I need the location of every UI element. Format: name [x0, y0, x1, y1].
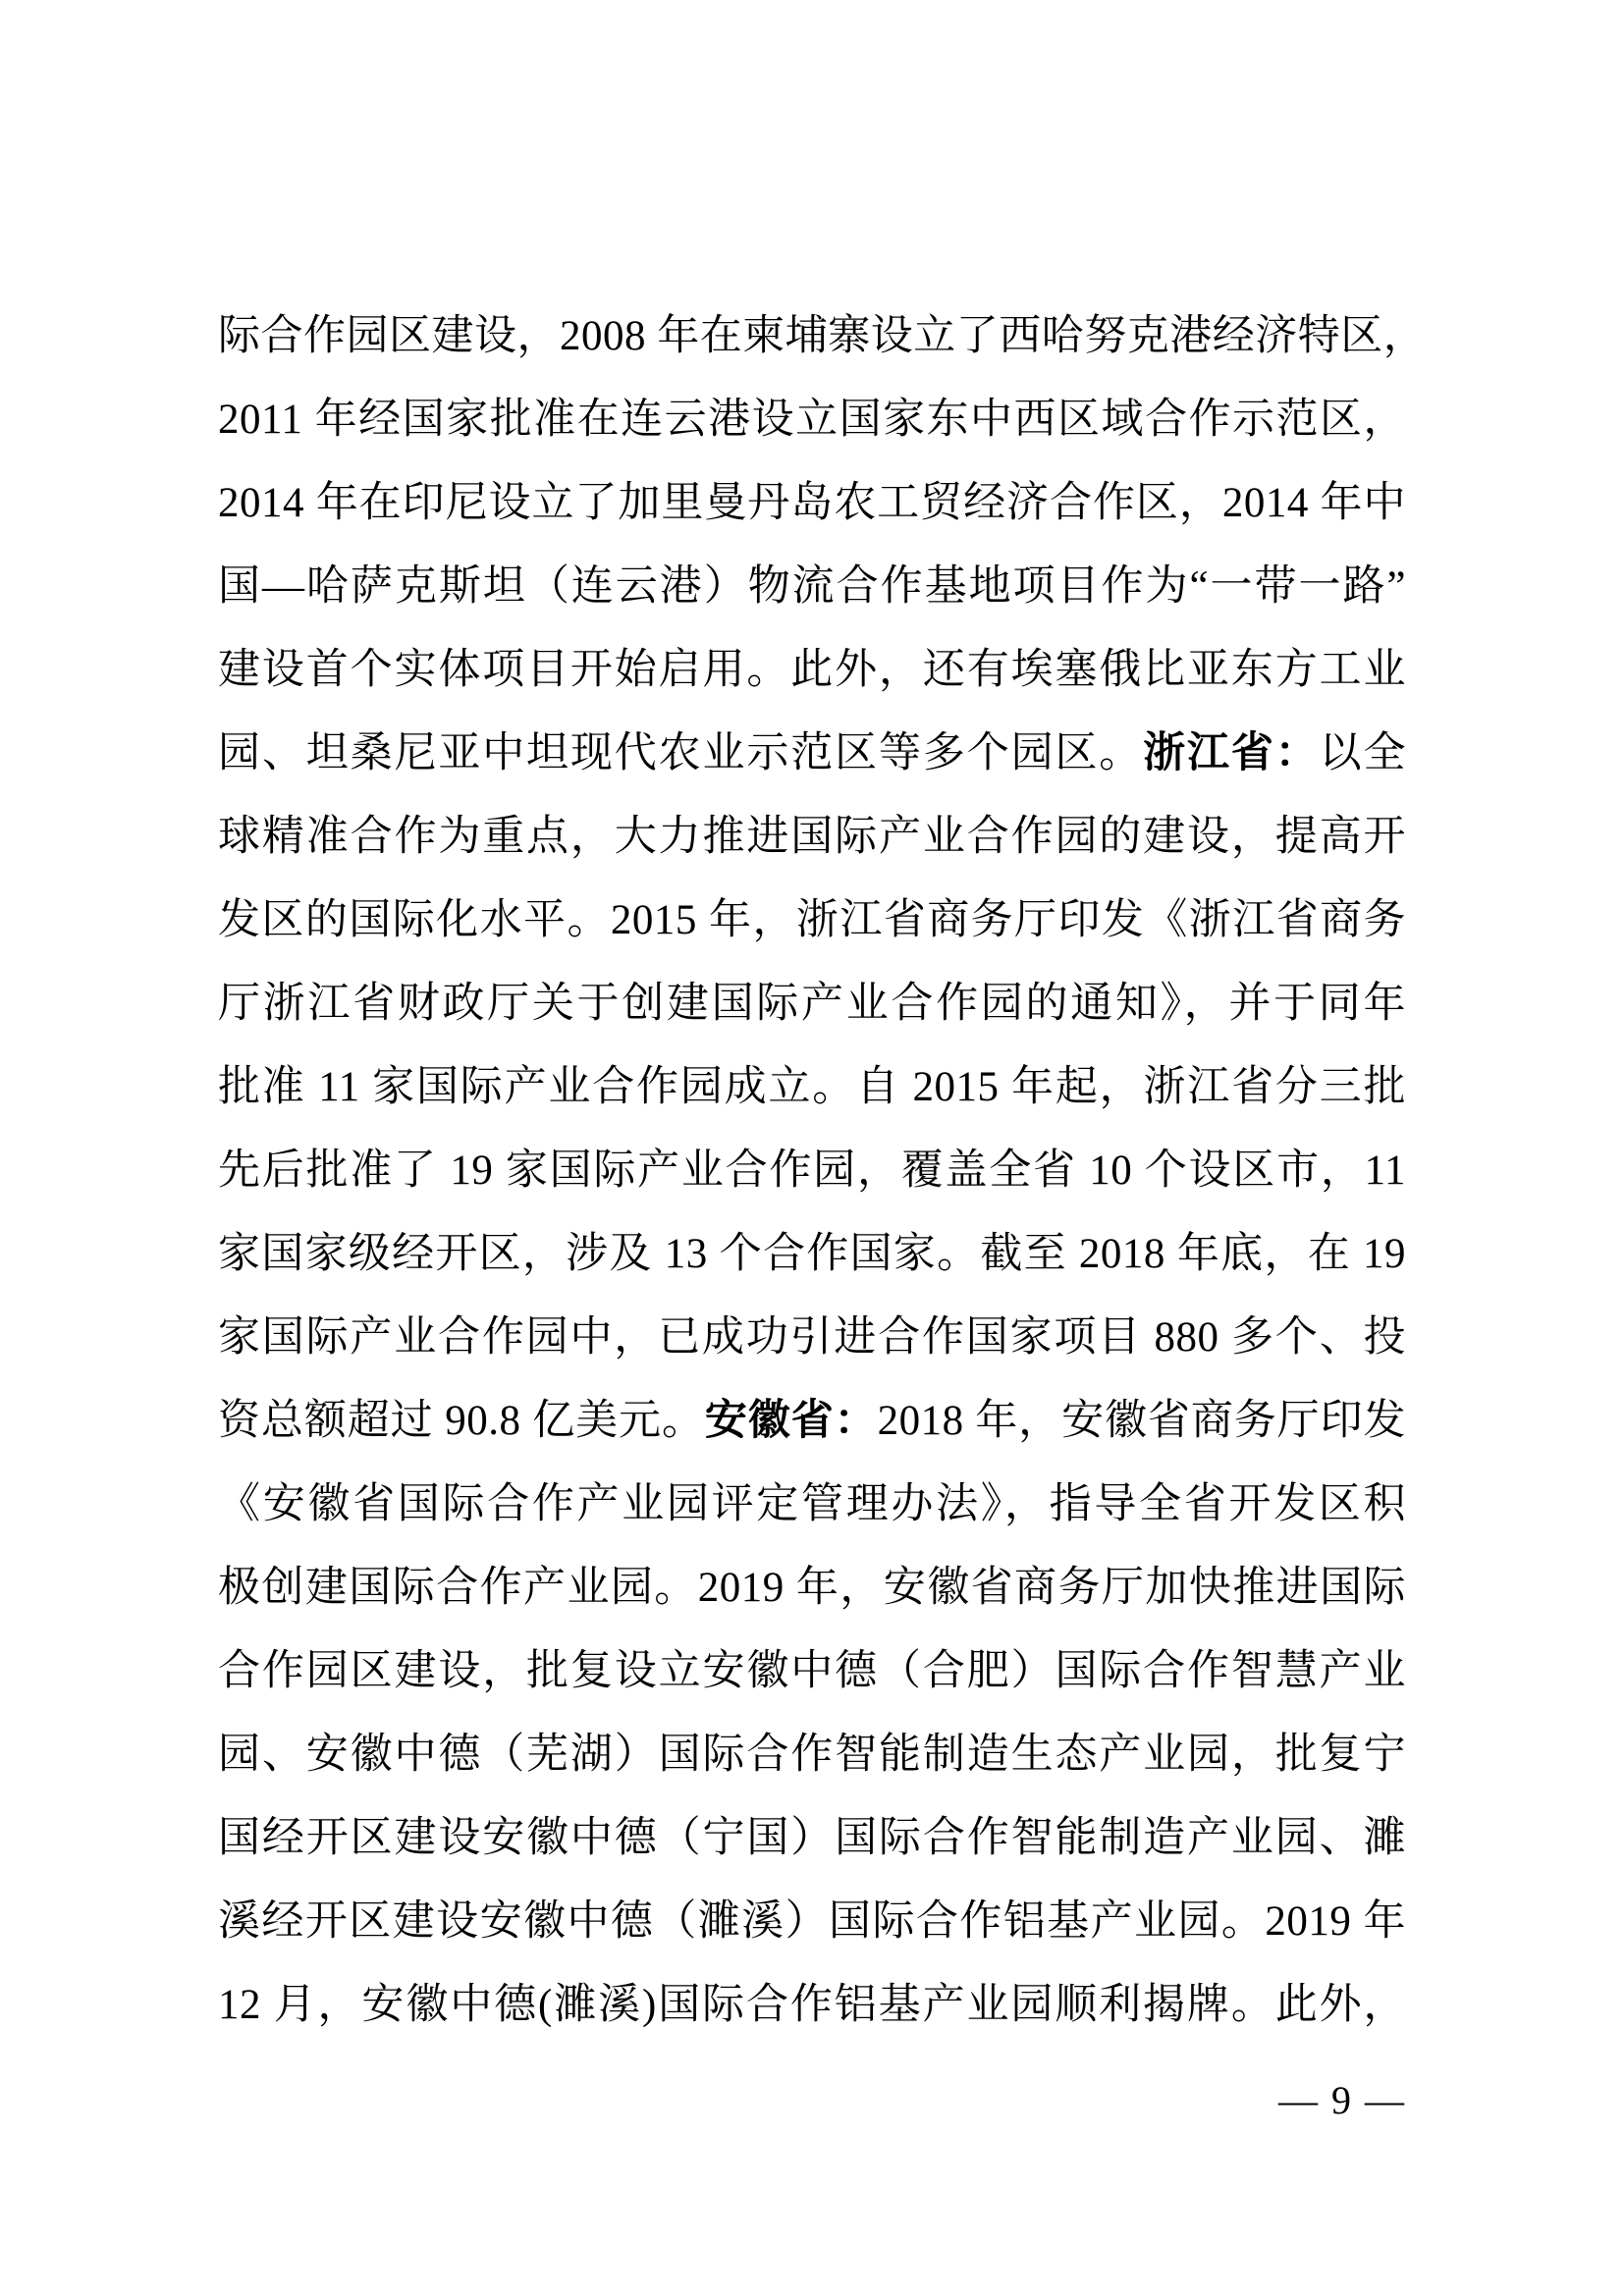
text-line: 家国家级经开区，涉及 13 个合作国家。截至 2018 年底，在 19 [218, 1212, 1406, 1296]
text-run: 《安徽省国际合作产业园评定管理办法》，指导全省开发区积 [218, 1481, 1406, 1527]
text-line: 国经开区建设安徽中德（宁国）国际合作智能制造产业园、濉 [218, 1796, 1406, 1880]
document-body: 际合作园区建设，2008 年在柬埔寨设立了西哈努克港经济特区，2011 年经国家… [218, 294, 1406, 2047]
text-run: 家国际产业合作园中，已成功引进合作国家项目 880 多个、投 [218, 1314, 1406, 1361]
text-line: 先后批准了 19 家国际产业合作园，覆盖全省 10 个设区市，11 [218, 1129, 1406, 1212]
text-run: 园、安徽中德（芜湖）国际合作智能制造生态产业园，批复宁 [218, 1732, 1406, 1778]
text-line: 2014 年在印尼设立了加里曼丹岛农工贸经济合作区，2014 年中 [218, 461, 1406, 545]
text-run: 合作园区建设，批复设立安徽中德（合肥）国际合作智慧产业 [218, 1648, 1406, 1694]
text-line: 极创建国际合作产业园。2019 年，安徽省商务厅加快推进国际 [218, 1546, 1406, 1629]
text-line: 批准 11 家国际产业合作园成立。自 2015 年起，浙江省分三批 [218, 1045, 1406, 1129]
text-run: 球精准合作为重点，大力推进国际产业合作园的建设，提高开 [218, 814, 1406, 860]
text-line: 资总额超过 90.8 亿美元。安徽省：2018 年，安徽省商务厅印发 [218, 1379, 1406, 1463]
text-line: 厅浙江省财政厅关于创建国际产业合作园的通知》，并于同年 [218, 962, 1406, 1045]
text-run: 际合作园区建设，2008 年在柬埔寨设立了西哈努克港经济特区， [218, 313, 1426, 359]
text-line: 12 月，安徽中德(濉溪)国际合作铝基产业园顺利揭牌。此外， [218, 1963, 1406, 2047]
text-run: 以全 [1320, 730, 1406, 776]
text-line: 国—哈萨克斯坦（连云港）物流合作基地项目作为“一带一路” [218, 545, 1406, 628]
text-run: 园、坦桑尼亚中坦现代农业示范区等多个园区。 [218, 730, 1143, 776]
text-run: 国—哈萨克斯坦（连云港）物流合作基地项目作为“一带一路” [218, 563, 1406, 610]
text-run: 溪经开区建设安徽中德（濉溪）国际合作铝基产业园。2019 年 [218, 1898, 1406, 1945]
text-run: 批准 11 家国际产业合作园成立。自 2015 年起，浙江省分三批 [218, 1064, 1406, 1110]
page-number: — 9 — [1278, 2079, 1406, 2122]
text-line: 2011 年经国家批准在连云港设立国家东中西区域合作示范区， [218, 378, 1406, 461]
text-line: 球精准合作为重点，大力推进国际产业合作园的建设，提高开 [218, 795, 1406, 879]
text-line: 发区的国际化水平。2015 年，浙江省商务厅印发《浙江省商务 [218, 879, 1406, 962]
text-line: 际合作园区建设，2008 年在柬埔寨设立了西哈努克港经济特区， [218, 294, 1406, 378]
text-run: 2011 年经国家批准在连云港设立国家东中西区域合作示范区， [218, 397, 1406, 443]
text-run: 资总额超过 90.8 亿美元。 [218, 1398, 705, 1444]
text-run: 2018 年，安徽省商务厅印发 [878, 1398, 1406, 1444]
text-run: 建设首个实体项目开始启用。此外，还有埃塞俄比亚东方工业 [218, 647, 1406, 693]
province-label: 浙江省： [1143, 729, 1319, 776]
text-line: 《安徽省国际合作产业园评定管理办法》，指导全省开发区积 [218, 1463, 1406, 1546]
text-line: 园、安徽中德（芜湖）国际合作智能制造生态产业园，批复宁 [218, 1713, 1406, 1796]
text-run: 厅浙江省财政厅关于创建国际产业合作园的通知》，并于同年 [218, 981, 1406, 1027]
text-run: 2014 年在印尼设立了加里曼丹岛农工贸经济合作区，2014 年中 [218, 480, 1406, 526]
text-line: 溪经开区建设安徽中德（濉溪）国际合作铝基产业园。2019 年 [218, 1880, 1406, 1963]
document-page: 际合作园区建设，2008 年在柬埔寨设立了西哈努克港经济特区，2011 年经国家… [0, 0, 1624, 2296]
province-label: 安徽省： [705, 1397, 878, 1444]
text-run: 国经开区建设安徽中德（宁国）国际合作智能制造产业园、濉 [218, 1815, 1406, 1861]
text-line: 园、坦桑尼亚中坦现代农业示范区等多个园区。浙江省：以全 [218, 712, 1406, 795]
text-run: 发区的国际化水平。2015 年，浙江省商务厅印发《浙江省商务 [218, 897, 1406, 943]
text-run: 家国家级经开区，涉及 13 个合作国家。截至 2018 年底，在 19 [218, 1231, 1406, 1277]
text-line: 合作园区建设，批复设立安徽中德（合肥）国际合作智慧产业 [218, 1629, 1406, 1713]
text-run: 极创建国际合作产业园。2019 年，安徽省商务厅加快推进国际 [218, 1565, 1406, 1611]
text-line: 建设首个实体项目开始启用。此外，还有埃塞俄比亚东方工业 [218, 628, 1406, 712]
text-line: 家国际产业合作园中，已成功引进合作国家项目 880 多个、投 [218, 1296, 1406, 1379]
text-run: 12 月，安徽中德(濉溪)国际合作铝基产业园顺利揭牌。此外， [218, 1982, 1406, 2028]
text-run: 先后批准了 19 家国际产业合作园，覆盖全省 10 个设区市，11 [218, 1148, 1406, 1194]
